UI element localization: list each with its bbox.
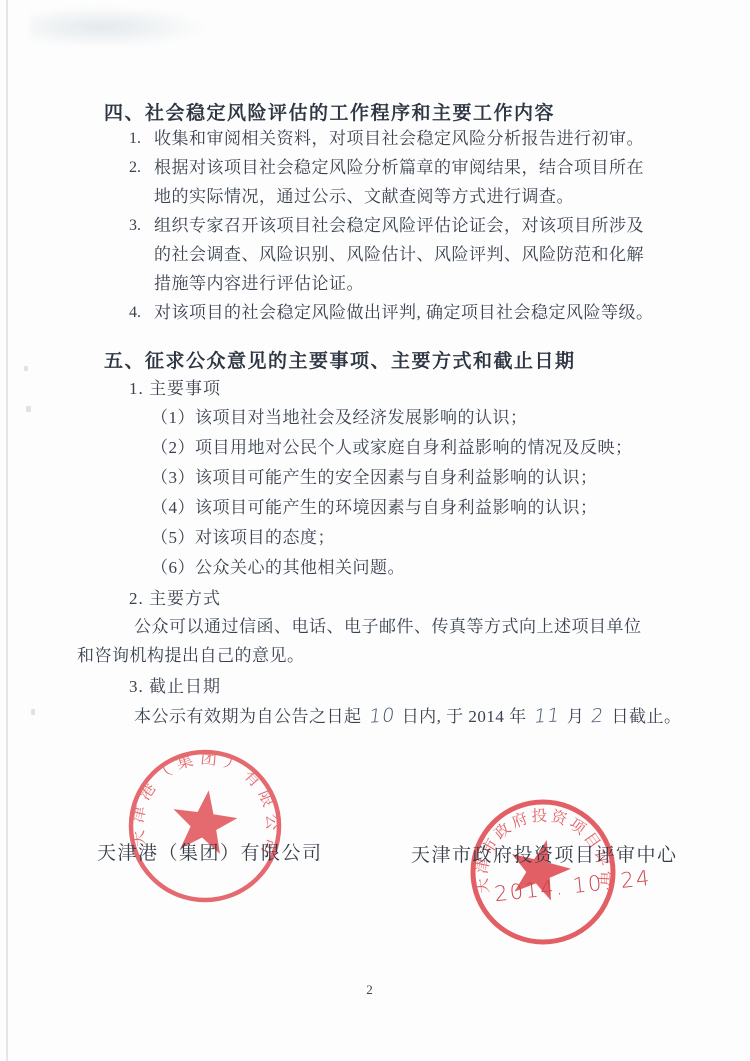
list-item: （6）公众关心的其他相关问题。 — [151, 553, 691, 583]
section4-heading: 四、社会稳定风险评估的工作程序和主要工作内容 — [104, 98, 555, 125]
list-item: 2. 根据对该项目社会稳定风险分析篇章的审阅结果，结合项目所在 地的实际情况，通… — [129, 153, 659, 211]
section5-heading: 五、征求公众意见的主要事项、主要方式和截止日期 — [104, 346, 576, 373]
item-text: 对该项目的社会稳定风险做出评判, 确定项目社会稳定风险等级。 — [154, 298, 659, 327]
item-line: 组织专家召开该项目社会稳定风险评估论证会，对该项目所涉及 — [154, 211, 659, 240]
list-item: 3. 组织专家召开该项目社会稳定风险评估论证会，对该项目所涉及 的社会调查、风险… — [129, 211, 659, 298]
sub1-item-list: （1）该项目对当地社会及经济发展影响的认识； （2）项目用地对公民个人或家庭自身… — [151, 403, 691, 583]
deadline-mid1: 日内, 于 2014 年 — [402, 707, 527, 726]
item-line: 措施等内容进行评估论证。 — [154, 269, 659, 298]
scan-edge-line — [6, 0, 8, 1061]
item-number: 1. — [129, 124, 154, 153]
list-item: （1）该项目对当地社会及经济发展影响的认识； — [151, 403, 691, 433]
sub3-label: 3. 截止日期 — [129, 677, 221, 697]
paragraph-line: 和咨询机构提出自己的意见。 — [77, 641, 655, 670]
handwritten-month: 11 — [532, 701, 562, 731]
deadline-prefix: 本公示有效期为自公告之日起 — [134, 707, 362, 726]
page-number: 2 — [0, 982, 740, 998]
deadline-suffix: 日截止。 — [611, 707, 681, 726]
item-text: 根据对该项目社会稳定风险分析篇章的审阅结果，结合项目所在 地的实际情况，通过公示… — [154, 153, 659, 211]
scan-smudge — [30, 6, 210, 48]
sub2-label: 2. 主要方式 — [129, 589, 221, 609]
item-text: 收集和审阅相关资料，对项目社会稳定风险分析报告进行初审。 — [154, 124, 659, 153]
item-number: 2. — [129, 153, 154, 211]
item-number: 4. — [129, 298, 154, 327]
list-item: （5）对该项目的态度； — [151, 523, 691, 553]
scan-speck — [26, 406, 31, 412]
scanned-document-page: 四、社会稳定风险评估的工作程序和主要工作内容 1. 收集和审阅相关资料，对项目社… — [0, 0, 750, 1061]
list-item: 1. 收集和审阅相关资料，对项目社会稳定风险分析报告进行初审。 — [129, 124, 659, 153]
sub2-paragraph: 公众可以通过信函、电话、电子邮件、传真等方式向上述项目单位 和咨询机构提出自己的… — [77, 612, 655, 670]
handwritten-days: 10 — [367, 701, 397, 731]
list-item: （2）项目用地对公民个人或家庭自身利益影响的情况及反映； — [151, 433, 691, 463]
list-item: （3）该项目可能产生的安全因素与自身利益影响的认识； — [151, 463, 691, 493]
scan-speck — [24, 366, 28, 371]
item-line: 的社会调查、风险识别、风险估计、风险评判、风险防范和化解 — [154, 240, 659, 269]
list-item: （4）该项目可能产生的环境因素与自身利益影响的认识； — [151, 493, 691, 523]
item-number: 3. — [129, 211, 154, 298]
handwritten-day: 2 — [590, 702, 607, 732]
item-text: 组织专家召开该项目社会稳定风险评估论证会，对该项目所涉及 的社会调查、风险识别、… — [154, 211, 659, 298]
section4-item-list: 1. 收集和审阅相关资料，对项目社会稳定风险分析报告进行初审。 2. 根据对该项… — [129, 124, 659, 327]
scan-speck — [31, 709, 35, 715]
item-line: 对该项目的社会稳定风险做出评判, 确定项目社会稳定风险等级。 — [154, 303, 654, 322]
item-line: 地的实际情况，通过公示、文献查阅等方式进行调查。 — [154, 182, 659, 211]
item-line: 收集和审阅相关资料，对项目社会稳定风险分析报告进行初审。 — [154, 129, 644, 148]
deadline-line: 本公示有效期为自公告之日起10日内, 于 2014 年11月2日截止。 — [134, 702, 746, 731]
item-line: 根据对该项目社会稳定风险分析篇章的审阅结果，结合项目所在 — [154, 153, 659, 182]
deadline-mid2: 月 — [567, 707, 585, 726]
sub1-label: 1. 主要事项 — [129, 379, 221, 399]
company-name-left: 天津港（集团）有限公司 — [97, 838, 323, 865]
paragraph-line: 公众可以通过信函、电话、电子邮件、传真等方式向上述项目单位 — [77, 612, 655, 641]
company-seal-left: 天津港（集团）有限公司 — [120, 741, 290, 911]
list-item: 4. 对该项目的社会稳定风险做出评判, 确定项目社会稳定风险等级。 — [129, 298, 659, 327]
company-name-right: 天津市政府投资项目评审中心 — [411, 840, 678, 867]
